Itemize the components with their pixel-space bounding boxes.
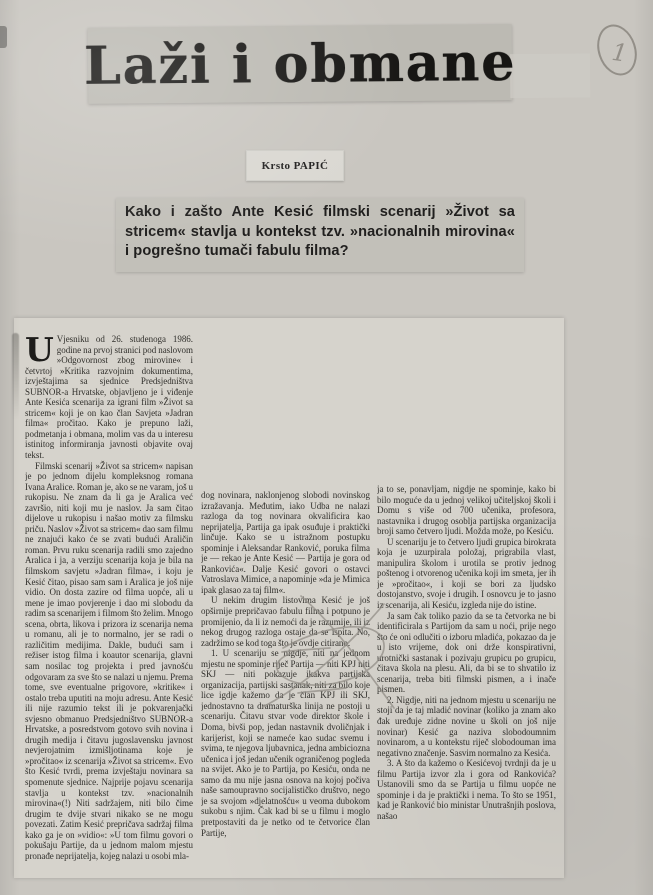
scan-edge-mark <box>0 26 7 48</box>
headline-clipping: Laži i obmane <box>88 24 513 104</box>
body-paragraph: 1. U scenariju se nigdje, niti na jednom… <box>201 648 370 838</box>
page-title: Laži i obmane <box>84 32 517 97</box>
lede-text: Kako i zašto Ante Kesić filmski scenarij… <box>125 203 515 262</box>
scan-shadow-smudge <box>12 333 19 429</box>
byline-clipping: Krsto PAPIĆ <box>246 150 344 181</box>
body-paragraph: UVjesniku od 26. studenoga 1986. godine … <box>25 334 193 461</box>
body-column-2: dog novinara, naklonjenog slobodi novins… <box>201 490 370 864</box>
body-paragraph: U scenariju je to četvero ljudi grupica … <box>377 537 556 611</box>
author-name: Krsto PAPIĆ <box>262 160 329 172</box>
drop-cap: U <box>25 334 57 363</box>
body-paragraph: U nekim drugim listovima Kesić je još op… <box>201 595 370 648</box>
body-paragraph: dog novinara, naklonjenog slobodi novins… <box>201 490 370 595</box>
body-column-3: ja to se, ponavljam, nigdje ne spominje,… <box>377 484 556 866</box>
body-paragraph: 3. A što da kažemo o Kesićevoj tvrdnji d… <box>377 758 556 821</box>
body-paragraph: 2. Nigdje, niti na jednom mjestu u scena… <box>377 695 556 758</box>
body-column-1: UVjesniku od 26. studenoga 1986. godine … <box>25 334 193 864</box>
scanned-newspaper-page: Laži i obmane Krsto PAPIĆ Kako i zašto A… <box>0 0 653 895</box>
body-paragraph: Filmski scenarij »Život sa stricem« napi… <box>25 461 193 862</box>
body-paragraph: ja to se, ponavljam, nigdje ne spominje,… <box>377 484 556 537</box>
headline-clipping-extension <box>510 53 590 98</box>
lede-clipping: Kako i zašto Ante Kesić filmski scenarij… <box>116 198 524 272</box>
circled-page-number-icon: 1 <box>592 21 642 80</box>
page-number-digit: 1 <box>610 38 629 68</box>
body-paragraph: Ja sam čak toliko pazio da se ta četvork… <box>377 611 556 695</box>
